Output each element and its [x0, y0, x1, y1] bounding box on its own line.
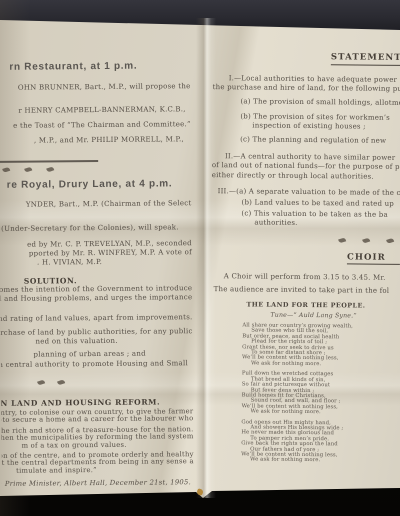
verse-line: We ask for nothing more. — [208, 361, 399, 368]
verse-line: We ask for nothing more. — [207, 457, 398, 464]
quote-attribution: ch of the Prime Minister, Albert Hall, D… — [0, 479, 199, 490]
meeting-title: re Royal, Drury Lane, at 4 p.m. — [0, 177, 196, 193]
right-page: STATEMENT O I.—Local authorities to have… — [207, 0, 400, 516]
ornament-row — [209, 235, 400, 246]
fleuron-icon — [57, 379, 65, 385]
meeting-line: YNDER, Bart., M.P. (Chairman of the Sele… — [0, 199, 197, 211]
resolution-line: a central authority to promote Housing a… — [0, 359, 198, 371]
statement-line: III.—(a) A separate valuation to be made… — [210, 187, 400, 198]
statement-line: inspection of existing houses ; — [210, 121, 400, 132]
statement-line: (c) The planning and regulation of new — [210, 135, 400, 146]
statement-line: either directly or through local authori… — [210, 171, 400, 182]
fleuron-icon — [386, 238, 394, 244]
fleuron-icon — [37, 380, 45, 386]
fleuron-icon — [2, 167, 10, 173]
meeting-line: P. (Under-Secretary for the Colonies), w… — [0, 223, 197, 235]
lunch-title: rn Restaurant, at 1 p.m. — [0, 59, 195, 75]
choir-heading: CHOIR — [209, 251, 400, 264]
statement-line: (a) The provision of small holdings, all… — [210, 97, 400, 108]
choir-line: The audience are invited to take part in… — [209, 285, 400, 296]
fleuron-icon — [362, 238, 370, 244]
song-title: THE LAND FOR THE PEOPLE. — [209, 300, 400, 310]
photo-of-printed-programme: rn Restaurant, at 1 p.m. OHN BRUNNER, Ba… — [0, 0, 400, 516]
fleuron-icon — [24, 167, 32, 173]
meeting-line: . H. VIVIAN, M.P. — [0, 257, 197, 269]
song-verse-2: Pull down the wretched cottages That bre… — [207, 371, 398, 416]
resolution-line: Land and Housing problems, and urges the… — [0, 293, 197, 305]
section-rule — [0, 160, 98, 162]
song-verse-3: God opens out His mighty hand, And showe… — [207, 420, 398, 465]
statement-line: (b) Land values to be taxed and rated up — [209, 198, 400, 209]
choir-line: A Choir will perform from 3.15 to 3.45. … — [209, 272, 400, 283]
statement-heading: STATEMENT O — [211, 51, 400, 64]
ornament-row — [1, 377, 198, 388]
statement-line: authorities. — [209, 219, 400, 230]
song-tune: Tune—“ Auld Lang Syne.” — [208, 311, 399, 320]
left-page: rn Restaurant, at 1 p.m. OHN BRUNNER, Ba… — [0, 0, 199, 516]
ornament-row — [0, 164, 196, 175]
lunch-line: e the Toast of “The Chairman and Committ… — [0, 120, 196, 132]
reform-line: his business—to secure a home and a care… — [0, 415, 198, 426]
statement-line: the purchase and hire of land, for the f… — [211, 83, 400, 94]
lunch-line: r HENRY CAMPBELL-BANNERMAN, K.C.B., — [0, 105, 196, 117]
resolution-line: n and rating of land values, apart from … — [0, 313, 198, 325]
reform-line: timulate and inspire.” — [0, 466, 199, 477]
fleuron-icon — [338, 237, 346, 243]
resolution-line: ned on this valuation. — [0, 336, 198, 348]
verse-line: We ask for nothing more. — [207, 409, 398, 416]
lunch-line: , M.P., and Mr. PHILIP MORRELL, M.P., — [0, 135, 196, 147]
fleuron-icon — [46, 166, 54, 172]
lunch-line: OHN BRUNNER, Bart., M.P., will propose t… — [0, 82, 196, 94]
song-verse-1: All share our country’s growing wealth, … — [208, 323, 399, 368]
